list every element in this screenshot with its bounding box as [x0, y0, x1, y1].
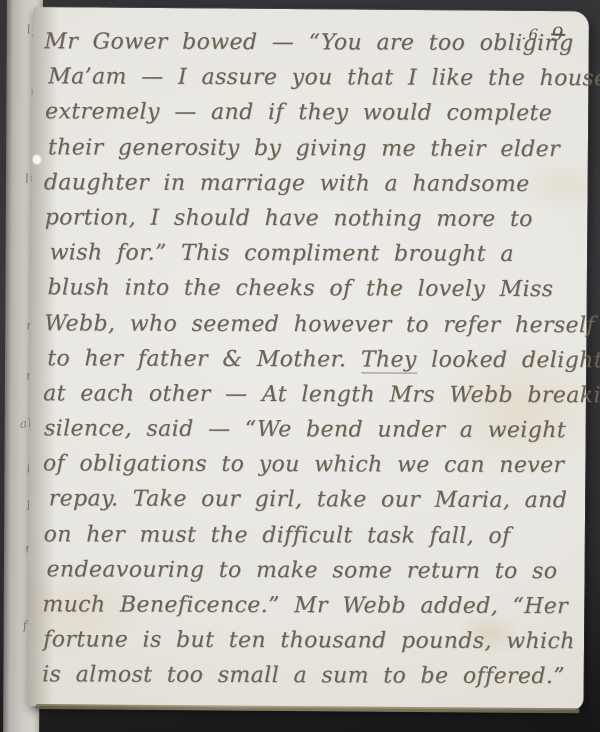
manuscript-line: at each other — At length Mrs Webb break… [43, 381, 584, 418]
manuscript-line: blush into the cheeks of the lovely Miss [43, 276, 584, 313]
page-number: .6 9 [521, 22, 565, 46]
manuscript-line: their generosity by giving me their elde… [44, 135, 585, 172]
manuscript-line: repay. Take our girl, take our Maria, an… [43, 487, 584, 524]
manuscript-line: on her must the difficult task fall, of [43, 522, 584, 559]
manuscript-line: silence, said — “We bend under a weight [43, 416, 584, 453]
manuscript-line: daughter in marriage with a handsome [44, 170, 585, 207]
manuscript-line: Webb, who seemed however to refer hersel… [43, 311, 584, 348]
manuscript-page: .6 9 Mr Gower bowed — “You are too oblig… [28, 7, 589, 710]
manuscript-line: to her father & Mother. They looked deli… [43, 346, 584, 383]
page-number-struck: 9 [550, 23, 565, 46]
underlined-word: They [361, 347, 417, 373]
manuscript-line: Mr Gower bowed — “You are too obliging [44, 29, 585, 66]
manuscript-line: extremely — and if they would complete [44, 100, 585, 137]
manuscript-line: Ma’am — I assure you that I like the hou… [44, 64, 585, 101]
manuscript-photo: lyulu)hymmalii)Hmhfubi .6 9 Mr Gower bow… [0, 0, 600, 732]
manuscript-line: wish for.” This compliment brought a [44, 240, 585, 277]
manuscript-line: much Beneficence.” Mr Webb added, “Her [42, 592, 583, 629]
paper-speck [33, 155, 41, 164]
manuscript-line: of obligations to you which we can never [43, 452, 584, 489]
manuscript-line: fortune is but ten thousand pounds, whic… [42, 627, 583, 664]
manuscript-lines: Mr Gower bowed — “You are too obligingMa… [42, 29, 585, 699]
manuscript-line: endeavouring to make some return to so [42, 557, 583, 594]
manuscript-line: is almost too small a sum to be offered.… [42, 663, 583, 700]
page-number-pencil: .6 [521, 25, 540, 44]
manuscript-line: portion, I should have nothing more to [44, 205, 585, 242]
